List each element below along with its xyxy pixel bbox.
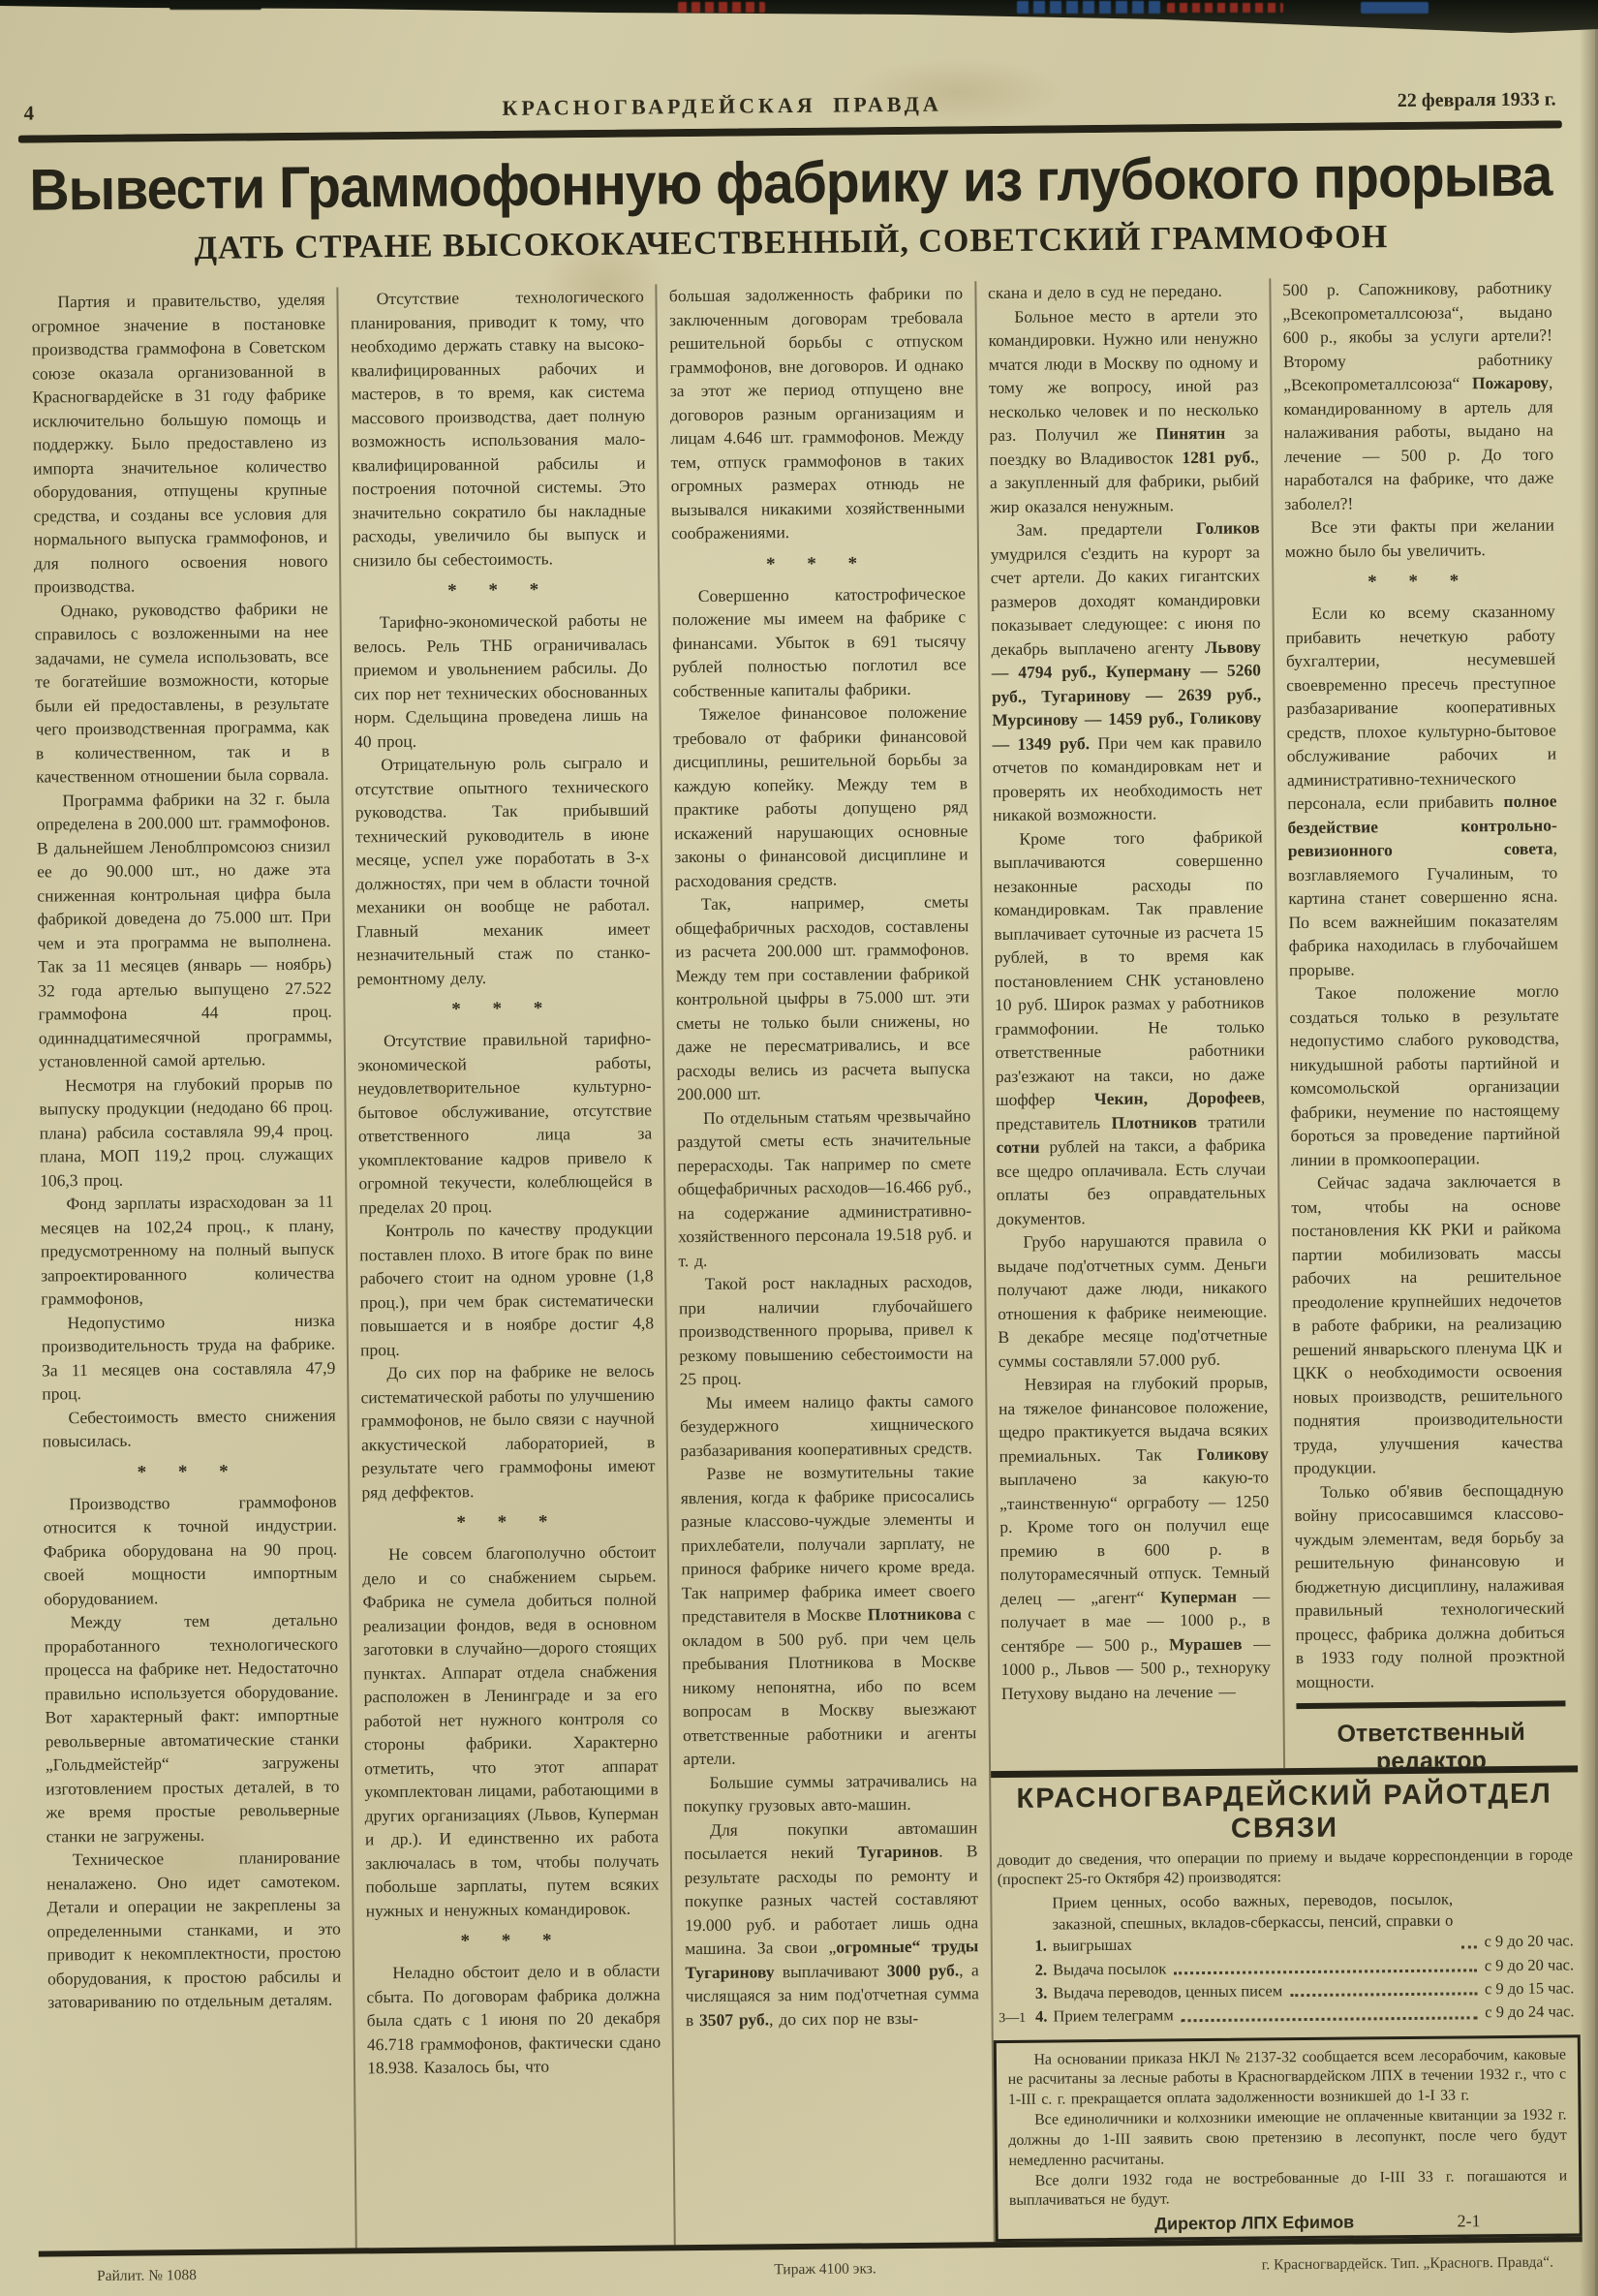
article-paragraph: Грубо нарушаются правила о выдаче под'от… <box>997 1227 1268 1373</box>
article-paragraph: Большие суммы затрачивались на покупку г… <box>683 1768 977 1818</box>
article-column-2: Отсутствие технологического планирования… <box>337 284 675 2248</box>
header-rule <box>18 120 1562 142</box>
article-paragraph: Так, например, сметы общефабричных расхо… <box>675 889 970 1105</box>
footer-censor-number: Райлит. № 1088 <box>39 2263 582 2285</box>
right-page-region: скана и дело в суд не передано.Больное м… <box>974 275 1583 2242</box>
article-paragraph: Такой рост накладных расходов, при налич… <box>679 1269 973 1390</box>
rayotdel-intro: доводит до сведения, что операции по при… <box>997 1846 1573 1891</box>
article-paragraph: большая задолженность фабрики по заключе… <box>669 281 966 544</box>
article-paragraph: Производство граммофонов относится к точ… <box>43 1489 337 1610</box>
article-columns-right: скана и дело в суд не передано.Больное м… <box>976 275 1578 1771</box>
schedule-time: с 9 до 20 час. <box>1484 1931 1574 1953</box>
article-paragraph: Отсутствие правильной тарифно-экономичес… <box>357 1026 653 1219</box>
article-paragraph: Мы имеем налицо факты самого безудержног… <box>680 1388 974 1462</box>
article-paragraph: Разве не возмутительны такие явления, ко… <box>680 1459 976 1770</box>
paper-right-edge <box>1580 0 1598 2296</box>
article-paragraph: Все эти факты при желании можно было бы … <box>1284 512 1554 563</box>
item-label: Выдача переводов, ценных писем <box>1053 1980 1282 2004</box>
dot-leader <box>1182 2016 1478 2022</box>
dot-leader <box>1461 1945 1477 1948</box>
article-paragraph: Отрицательную роль сыграло и отсутствие … <box>354 750 651 990</box>
blue-print-mark <box>1017 1 1162 14</box>
article-paragraph: Тяжелое финансовое положение требовало о… <box>673 699 968 892</box>
article-paragraph: Кроме того фабрикой выплачиваются соверш… <box>993 824 1266 1230</box>
section-separator: * * * <box>366 1929 660 1953</box>
article-paragraph: Фонд зарплаты израсходован за 11 месяцев… <box>40 1190 334 1311</box>
article-paragraph: скана и дело в суд не передано. <box>988 278 1257 304</box>
ink-smudge <box>169 1 261 10</box>
rayotdel-item: 3.Выдача переводов, ценных писемс 9 до 1… <box>999 1977 1575 2004</box>
article-paragraph: Совершенно катострофическое положение мы… <box>672 581 967 702</box>
footer-printing-house: г. Красногвардейск. Тип. „Красногв. Прав… <box>1068 2253 1583 2276</box>
item-number: 3. <box>1035 1983 1048 2004</box>
nkl-paragraph: На основании приказа НКЛ № 2137-32 сообщ… <box>1007 2045 1566 2111</box>
article-paragraph: Контроль по качеству продукции поставлен… <box>359 1216 655 1361</box>
headline-title: Вывести Граммофонную фабрику из глубоког… <box>1 141 1581 225</box>
item-label: Прием ценных, особо важных, переводов, п… <box>1052 1888 1453 1957</box>
article-paragraph: Невзирая на глубокий прорыв, на тяжелое … <box>999 1370 1271 1705</box>
newspaper-page-scan: 4 КРАСНОГВАРДЕЙСКАЯ ПРАВДА 22 февраля 19… <box>0 0 1598 2296</box>
section-separator: * * * <box>43 1460 336 1484</box>
article-paragraph: Если ко всему сказанному прибавить нечет… <box>1285 599 1558 981</box>
section-separator: * * * <box>353 578 646 603</box>
item-number: 2. <box>1035 1959 1048 1980</box>
article-paragraph: Однако, руководство фабрики не справилос… <box>34 596 329 789</box>
item-label: Выдача посылок <box>1053 1958 1167 1980</box>
article-paragraph: Не совсем благополучно обстоит дело и со… <box>362 1539 660 1922</box>
nkl-order-mark: 2-1 <box>1457 2212 1480 2232</box>
rayotdel-section: КРАСНОГВАРДЕЙСКИЙ РАЙОТДЕЛ СВЯЗИ доводит… <box>991 1765 1581 2032</box>
article-paragraph: Такое положение могло создаться только в… <box>1289 978 1560 1171</box>
rayotdel-item: 2.Выдача посылокс 9 до 20 час. <box>999 1954 1575 1981</box>
article-paragraph: Только об'явив беспощадную войну присоса… <box>1294 1477 1565 1693</box>
article-paragraph: Для покупки автомашин посылается некий Т… <box>684 1815 979 2032</box>
article-column-5-text: 500 р. Сапожникову, работнику „Всекопром… <box>1282 276 1565 1694</box>
article-paragraph: 500 р. Сапожникову, работнику „Всекопром… <box>1282 276 1554 516</box>
article-column-3: большая задолженность фабрики по заключе… <box>656 281 994 2245</box>
article-column-4: скана и дело в суд не передано.Больное м… <box>976 278 1283 1771</box>
rayotdel-heading: КРАСНОГВАРДЕЙСКИЙ РАЙОТДЕЛ СВЯЗИ <box>997 1778 1573 1847</box>
article-paragraph: Несмотря на глубокий прорыв по выпуску п… <box>39 1070 333 1192</box>
article-column-5: 500 р. Сапожникову, работнику „Всекопром… <box>1269 275 1578 1768</box>
article-column-1: Партия и правительство, уделяя огромное … <box>19 288 355 2251</box>
ad-order-mark: 3—1 <box>999 2009 1035 2028</box>
masthead-title: КРАСНОГВАРДЕЙСКАЯ ПРАВДА <box>139 88 1304 125</box>
article-body: Партия и правительство, уделяя огромное … <box>19 275 1582 2250</box>
nkl-paragraph: Все долги 1932 года не востребованные до… <box>1009 2166 1568 2212</box>
red-print-mark <box>1167 3 1283 13</box>
nkl-signature: Директор ЛПХ Ефимов <box>1154 2213 1354 2235</box>
page-number: 4 <box>24 100 140 125</box>
article-paragraph: Программа фабрики на 32 г. была определе… <box>36 786 332 1073</box>
editor-section: Ответственный редактор С. Сухахов. <box>1296 1700 1566 1768</box>
red-print-mark <box>678 2 765 13</box>
article-paragraph: Техническое планирование неналажено. Оно… <box>46 1846 342 2014</box>
section-separator: * * * <box>357 997 651 1021</box>
article-paragraph: Недопустимо низка производительность тру… <box>41 1308 335 1406</box>
article-paragraph: Неладно обстоит дело и в области сбыта. … <box>366 1958 661 2079</box>
headline-subtitle: ДАТЬ СТРАНЕ ВЫСОКОКАЧЕСТВЕННЫЙ, СОВЕТСКИ… <box>0 217 1590 269</box>
rayotdel-item: 3—14.Прием телеграммс 9 до 24 час. <box>999 2001 1575 2029</box>
rayotdel-schedule: 1.Прием ценных, особо важных, переводов,… <box>998 1887 1575 2028</box>
nkl-notice-box: На основании приказа НКЛ № 2137-32 сообщ… <box>993 2034 1582 2242</box>
issue-date: 22 февраля 1933 г. <box>1304 88 1555 112</box>
article-paragraph: Отсутствие технологического планирования… <box>351 285 647 573</box>
item-number: 4. <box>1035 2006 1048 2028</box>
nkl-paragraphs: На основании приказа НКЛ № 2137-32 сообщ… <box>1007 2045 1567 2212</box>
rayotdel-item: 1.Прием ценных, особо важных, переводов,… <box>998 1887 1574 1957</box>
article-paragraph: Больное место в артели это командировки.… <box>988 302 1259 518</box>
section-separator: * * * <box>671 552 965 576</box>
editor-label: Ответственный редактор <box>1300 1718 1562 1768</box>
article-paragraph: Между тем детально проработанного технол… <box>44 1608 340 1848</box>
schedule-time: с 9 до 20 час. <box>1485 1954 1575 1976</box>
article-paragraph: Партия и правительство, уделяя огромное … <box>31 288 327 599</box>
schedule-time: с 9 до 24 час. <box>1485 2001 1575 2024</box>
dot-leader <box>1290 1993 1477 1998</box>
blue-print-mark <box>1361 2 1429 14</box>
nkl-paragraph: Все единоличники и колхозники имеющие не… <box>1008 2106 1567 2172</box>
section-separator: * * * <box>362 1510 656 1535</box>
article-paragraph: До сих пор на фабрике не велось системат… <box>360 1358 656 1504</box>
article-paragraph: Зам. предартели Голиков умудрился с'езди… <box>990 515 1262 826</box>
schedule-time: с 9 до 15 час. <box>1485 1977 1575 2000</box>
item-label: Прием телеграмм <box>1053 2005 1173 2028</box>
page-header: 4 КРАСНОГВАРДЕЙСКАЯ ПРАВДА 22 февраля 19… <box>23 85 1555 125</box>
article-paragraph: По отдельным статьям чрезвычайно раздуто… <box>677 1103 972 1272</box>
footer-print-run: Тираж 4100 экз. <box>582 2258 1067 2280</box>
section-separator: * * * <box>1285 570 1554 594</box>
article-paragraph: Тарифно-экономической работы не велось. … <box>353 607 649 753</box>
article-paragraph: Сейчас задача заключается в том, чтобы н… <box>1291 1168 1563 1479</box>
article-paragraph: Себестоимость вместо снижения повысилась… <box>42 1403 336 1453</box>
item-number: 1. <box>1034 1936 1047 1957</box>
dot-leader <box>1174 1969 1476 1974</box>
